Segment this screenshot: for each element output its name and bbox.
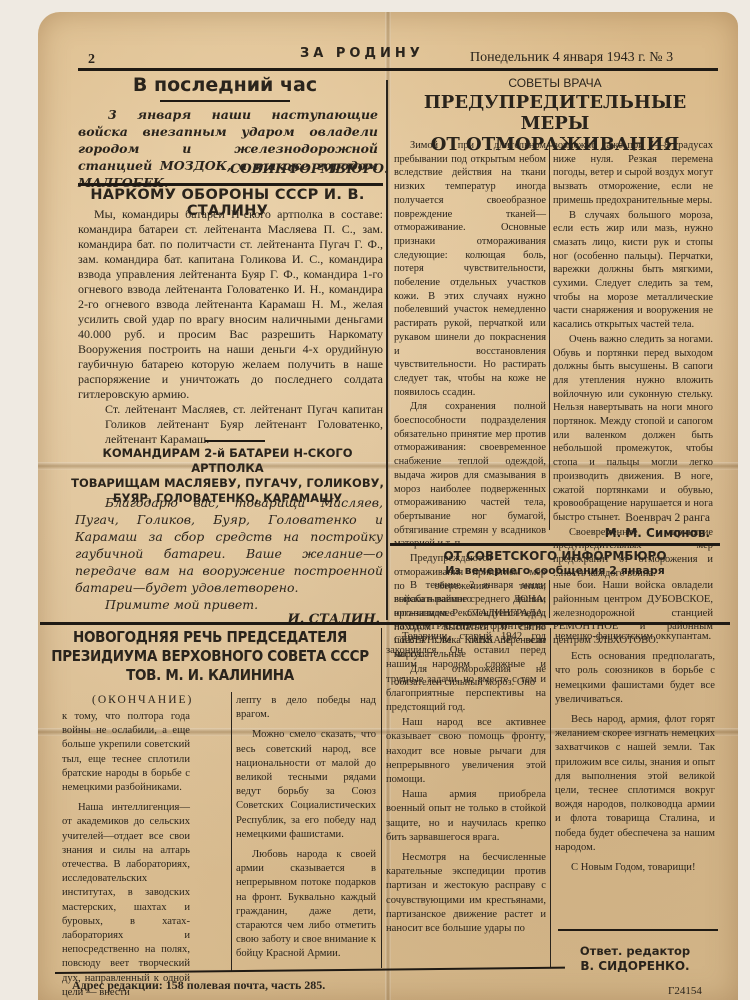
kalinin-col4: немецко-фашистским оккупантам. Есть осно… [555, 630, 715, 875]
title-line: ПРЕЗИДИУМА ВЕРХОВНОГО СОВЕТА СССР [40, 647, 380, 666]
rubric-doctor-advice: СОВЕТЫ ВРАЧА [390, 76, 720, 90]
reply-text: Благодарю вас, товарищи Масляев, Пугач, … [75, 494, 383, 596]
print-code: Г24154 [668, 985, 702, 997]
letter-paragraph: Мы, командиры батареи Н-ского артполка в… [78, 207, 383, 402]
masthead: ЗА РОДИНУ [300, 46, 424, 61]
column-rule [549, 140, 550, 530]
column-rule [549, 580, 550, 618]
title-underline [160, 100, 290, 102]
paragraph: Очень важно следить за ногами. Обувь и п… [553, 333, 713, 525]
letter-body: Мы, командиры батареи Н-ского артполка в… [78, 207, 383, 402]
section-rule [390, 543, 720, 546]
reply-title-line: КОМАНДИРАМ 2-й БАТАРЕИ Н-СКОГО АРТПОЛКА [70, 446, 385, 476]
last-hour-text: 3 января наши наступающие войска внезапн… [78, 106, 378, 191]
last-hour-source: СОВИНФОРМБЮРО. [230, 162, 380, 177]
kalinin-title: НОВОГОДНЯЯ РЕЧЬ ПРЕДСЕДАТЕЛЯ ПРЕЗИДИУМА … [40, 628, 380, 685]
paragraph: В случаях большого мороза, если есть жир… [553, 209, 713, 332]
divider [205, 440, 265, 442]
sovinform-title: ОТ СОВЕТСКОГО ИНФОРМБЮРО [390, 549, 720, 563]
paragraph: Любовь народа к своей армии сказывается … [236, 848, 376, 962]
title-line: НОВОГОДНЯЯ РЕЧЬ ПРЕДСЕДАТЕЛЯ [40, 628, 380, 647]
page-number: 2 [88, 52, 95, 68]
paragraph: лепту в дело победы над врагом. [236, 694, 376, 722]
kalinin-col3: Товарищи, старый 1942 год закончился. Он… [386, 630, 546, 936]
last-hour-title: В последний час [70, 74, 380, 96]
paragraph: к тому, что полтора года войны не ослаби… [62, 710, 190, 795]
column-rule [386, 80, 388, 620]
paragraph: Наша армия приобрела военный опыт не тол… [386, 788, 546, 845]
section-rule [40, 622, 730, 625]
doctor-rank: Военврач 2 ранга [580, 512, 710, 524]
paragraph: немецко-фашистским оккупантам. [555, 630, 715, 644]
header-rule [78, 68, 718, 71]
section-rule [78, 183, 383, 186]
reply-title-line: ТОВАРИЩАМ МАСЛЯЕВУ, ПУГАЧУ, ГОЛИКОВУ, [70, 476, 385, 491]
column-rule [550, 628, 551, 968]
paragraph: Весь народ, армия, флот горят желанием с… [555, 713, 715, 855]
paragraph: Несмотря на бесчисленные карательные экс… [386, 851, 546, 936]
editor-name: В. СИДОРЕНКО. [560, 959, 710, 973]
editorial-address: Адрес редакции: 158 полевая почта, часть… [72, 978, 325, 993]
paragraph: Наш народ все активнее оказывает свою по… [386, 716, 546, 787]
ending-label: (ОКОНЧАНИЕ) [92, 694, 193, 706]
dateline: Понедельник 4 января 1943 г. № 3 [470, 50, 673, 66]
title-line: ПРЕДУПРЕДИТЕЛЬНЫЕ МЕРЫ [390, 92, 720, 134]
title-line: ТОВ. М. И. КАЛИНИНА [40, 666, 380, 685]
kalinin-col2: лепту в дело победы над врагом. Можно см… [236, 694, 376, 962]
paragraph: Для сохранения полной боеспособности под… [394, 400, 546, 551]
kalinin-col1: к тому, что полтора года войны не ослаби… [62, 710, 190, 1000]
paragraph: Товарищи, старый 1942 год закончился. Он… [386, 630, 546, 715]
paragraph: возможно даже при 7—8 градусах ниже нуля… [553, 139, 713, 208]
new-year-greeting: С Новым Годом, товарищи! [555, 861, 715, 875]
divider [558, 929, 718, 931]
paragraph: Есть основания предполагать, что роль со… [555, 650, 715, 707]
paragraph: Можно смело сказать, что весь советский … [236, 728, 376, 842]
column-rule [231, 692, 232, 972]
doctor-name: М. М. Симонов. [560, 526, 710, 540]
paragraph: Зимой при длительном пребывании под откр… [394, 139, 546, 399]
editor-label: Ответ. редактор [560, 944, 710, 958]
reply-greeting: Примите мой привет. [105, 597, 258, 612]
column-rule [381, 628, 382, 968]
sovinform-subtitle: Из вечернего сообщения 2 января [390, 564, 720, 577]
